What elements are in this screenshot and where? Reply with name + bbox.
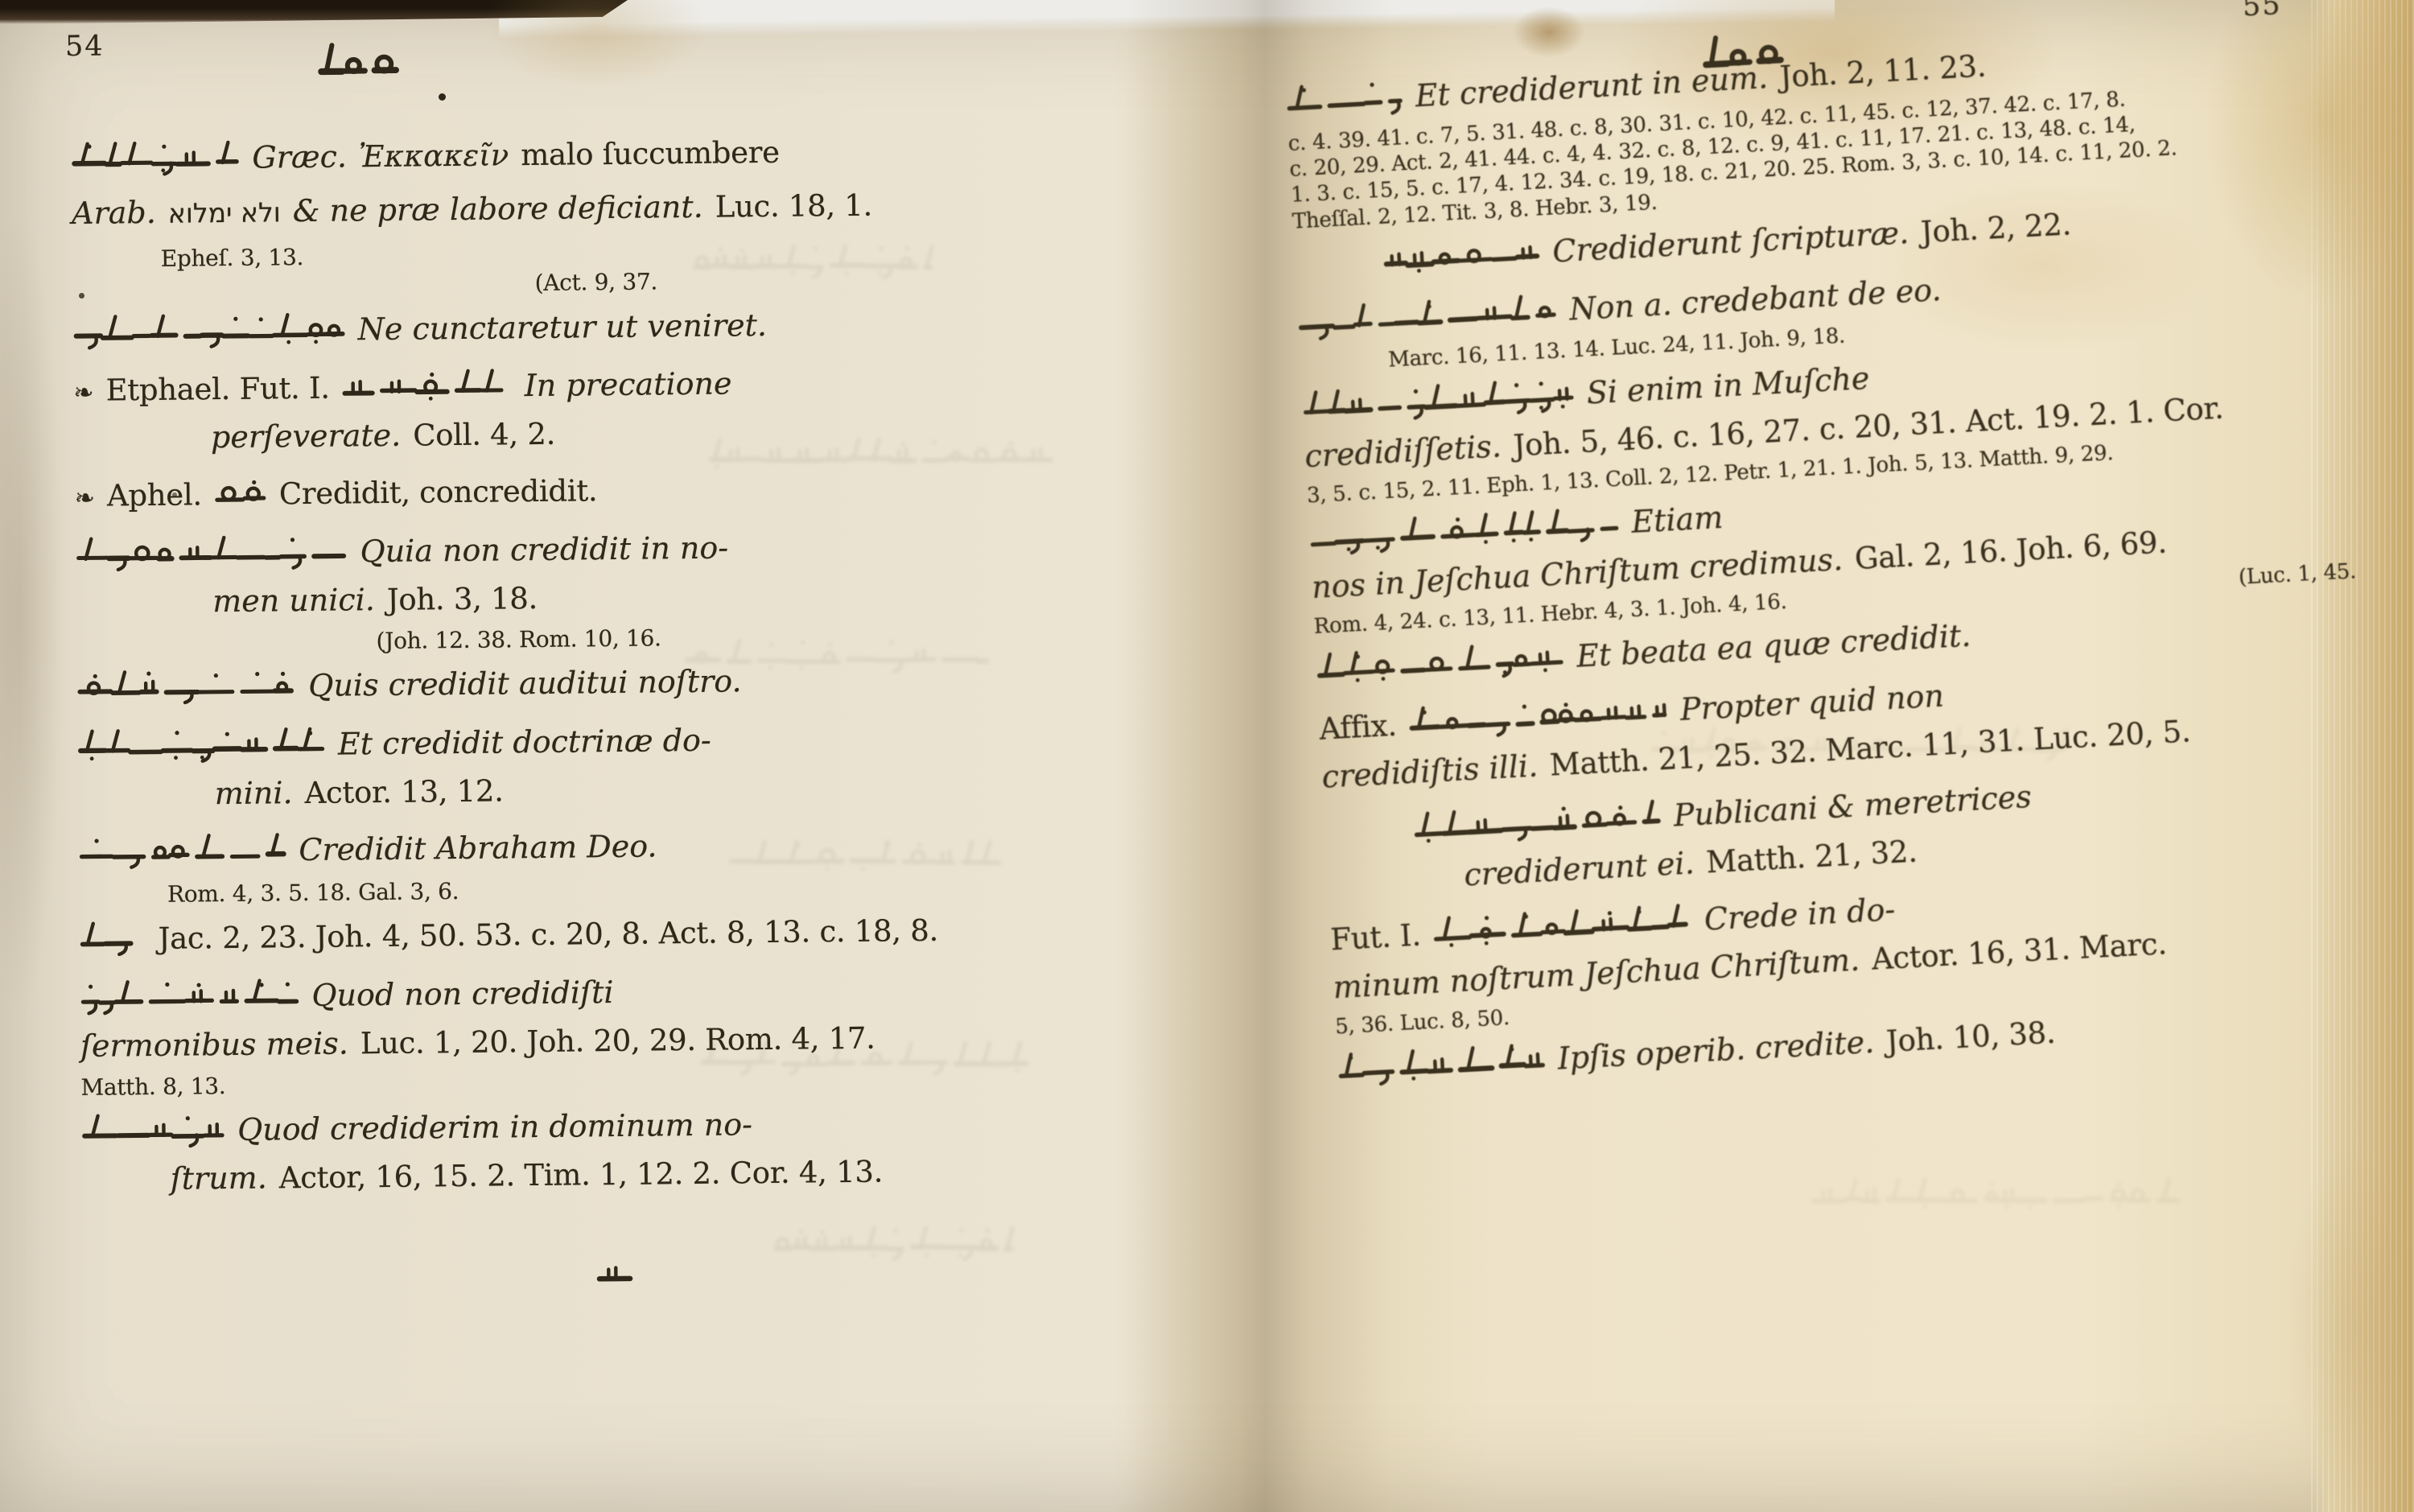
latin-italic-text: Credidit Abraham Deo. (299, 828, 657, 867)
syriac-text (1337, 1039, 1547, 1097)
reference-text: Joh. 2, 22. (1920, 207, 2072, 249)
latin-italic-text: Non a. credebant de eo. (1568, 272, 1942, 328)
latin-italic-text: Quis credidit auditui noſtro. (308, 664, 742, 704)
left-header-glyph (318, 39, 400, 94)
reference-text: Etphael. Fut. I. (105, 371, 330, 408)
latin-italic-text: crediderunt ei. (1463, 845, 1695, 892)
text-line: ❧Etphael. Fut. I.In precatione (73, 365, 671, 418)
text-line: Credidit Abraham Deo. (78, 826, 676, 879)
reference-text: Matth. 21, 32. (1705, 834, 1918, 880)
syriac-text (71, 138, 241, 186)
latin-italic-text: credidiſſetis. (1304, 428, 1502, 474)
hebrew-text: ולא ימלוא (168, 196, 281, 229)
latin-italic-text: Græc. (252, 138, 347, 175)
syriac-text (1315, 637, 1566, 697)
syriac-text (79, 918, 146, 966)
latin-italic-text: perſeverate. (211, 418, 402, 455)
syriac-text (1301, 373, 1576, 435)
text-line: ſermonibus meis.Luc. 1, 20. Joh. 20, 29.… (80, 1024, 678, 1071)
latin-italic-text: Arab. (72, 195, 156, 231)
latin-italic-text: Quod crediderim in dominum no- (237, 1107, 752, 1148)
left-page: 54 Græc.Ἐκκακεῖνmalo ſuccumbereArab.ולא … (71, 121, 679, 1205)
text-line: men unici.Joh. 3, 18. (212, 581, 673, 626)
syriac-text (78, 830, 287, 879)
text-line: Græc.Ἐκκακεῖνmalo ſuccumbere (71, 133, 669, 186)
text-line: Et credidit doctrinæ do- (77, 720, 675, 773)
right-page: 55 Et crediderunt in eum.Joh. 2, 11. 23.… (1284, 14, 2393, 1097)
syriac-text (1285, 76, 1405, 130)
reference-text: malo ſuccumbere (521, 135, 780, 172)
latin-italic-text: credidiſtis illi. (1321, 748, 1539, 794)
ghost-showthrough (692, 241, 933, 285)
latin-italic-text: & ne præ labore deficiant. (292, 189, 702, 229)
syriac-text (76, 665, 297, 715)
reference-text: (Luc. 1, 45. (2238, 561, 2356, 589)
ghost-showthrough (772, 1223, 1014, 1267)
syriac-text (80, 975, 300, 1024)
latin-italic-text: Si enim in Muſche (1586, 360, 1871, 411)
latin-italic-text: Crediderunt ſcripturæ. (1551, 215, 1909, 270)
syriac-text (81, 1110, 226, 1158)
fleuron-mark: ❧ (73, 379, 94, 407)
text-line: Ne cunctaretur ut veniret. (72, 306, 670, 359)
text-line: perſeverate.Coll. 4, 2. (211, 418, 671, 463)
latin-italic-text: Et beata ea quæ credidit. (1576, 618, 1971, 674)
syriac-text (75, 532, 348, 581)
reference-text: Luc. 1, 20. Joh. 20, 29. Rom. 4, 17. (360, 1021, 875, 1061)
reference-text: Matth. 8, 13. (80, 1073, 225, 1101)
syriac-text (72, 309, 346, 358)
syriac-text (341, 366, 513, 414)
syriac-text (214, 474, 268, 521)
latin-italic-text: Ipſis operib. credite. (1557, 1024, 1876, 1077)
reference-text: Affix. (1318, 708, 1397, 747)
greek-text: Ἐκκακεῖν (359, 138, 509, 174)
latin-italic-text: ſermonibus meis. (80, 1025, 348, 1063)
ghost-showthrough (728, 837, 1002, 880)
syriac-text (1407, 690, 1670, 751)
latin-italic-text: Etiam (1630, 500, 1724, 540)
reference-text: Rom. 4, 3. 5. 18. Gal. 3, 6. (167, 878, 459, 908)
text-line: Quod crediderim in dominum no- (81, 1106, 679, 1159)
text-line: (Joh. 12. 38. Rom. 10, 16. (76, 626, 674, 656)
text-line: Quis credidit auditui noſtro. (76, 662, 674, 715)
text-line: mini.Actor. 13, 12. (214, 773, 674, 818)
text-line: Quod non credidiſti (80, 971, 678, 1024)
latin-italic-text: Quod non credidiſti (311, 974, 614, 1013)
latin-italic-text: Crede in do- (1703, 892, 1896, 937)
latin-italic-text: Publicani & meretrices (1673, 779, 2033, 834)
reference-text: Joh. 10, 38. (1885, 1016, 2056, 1059)
syriac-text (1412, 796, 1663, 855)
ghost-showthrough (708, 435, 1054, 478)
reference-text: Epheſ. 3, 13. (161, 244, 304, 272)
text-line: Epheſ. 3, 13. (161, 241, 669, 270)
latin-italic-text: In precatione (524, 366, 731, 404)
text-line: Quia non credidit in no- (75, 528, 673, 581)
text-line: Jac. 2, 23. Joh. 4, 50. 53. c. 20, 8. Ac… (79, 913, 677, 966)
stain (0, 209, 64, 1014)
latin-italic-text: Quia non credidit in no- (360, 530, 728, 570)
syriac-text (1432, 900, 1694, 960)
latin-italic-text: men unici. (212, 582, 375, 619)
catchword (596, 1255, 636, 1296)
latin-italic-text: mini. (214, 775, 292, 811)
ink-speck (439, 93, 446, 101)
reference-text: Joh. 2, 11. 23. (1779, 49, 1987, 95)
ghost-showthrough (1810, 1175, 2181, 1218)
text-line: ❧Aphel.Credidit, concredidit. (75, 470, 673, 523)
book-photo: 54 Græc.Ἐκκακεῖνmalo ſuccumbereArab.ולא … (0, 0, 2414, 1512)
reference-text: Joh. 3, 18. (387, 581, 538, 617)
latin-italic-text: Propter quid non (1679, 678, 1945, 727)
latin-italic-text: Et credidit doctrinæ do- (338, 723, 711, 762)
reference-text: Coll. 4, 2. (413, 417, 555, 453)
reference-text: (Act. 9, 37. (534, 269, 657, 297)
left-page-text: Græc.Ἐκκακεῖνmalo ſuccumbereArab.ולא ימל… (71, 133, 679, 1205)
latin-italic-text: Ne cunctaretur ut veniret. (357, 307, 767, 347)
right-page-text: Et crediderunt in eum.Joh. 2, 11. 23.c. … (1285, 27, 2393, 1097)
right-page-number: 55 (2242, 0, 2283, 23)
latin-italic-text: ſtrum. (170, 1160, 267, 1197)
reference-text: Luc. 18, 1. (715, 187, 872, 224)
right-header-glyph (1701, 28, 1785, 87)
text-line: Rom. 4, 3. 5. 18. Gal. 3, 6. (167, 877, 676, 906)
syriac-text (77, 724, 327, 773)
left-page-number: 54 (65, 31, 105, 64)
syriac-text (1382, 232, 1542, 286)
text-line: (Act. 9, 37. (72, 270, 669, 299)
text-line: Arab.ולא ימלוא& ne præ labore deficiant.… (72, 192, 669, 243)
fleuron-mark: ❧ (75, 484, 96, 513)
reference-text: Aphel. (107, 478, 202, 513)
reference-text: Fut. I. (1329, 917, 1421, 957)
reference-text: Credidit, concredidit. (279, 473, 598, 511)
reference-text: Actor. 13, 12. (304, 773, 503, 810)
text-line: ſtrum.Actor, 16, 15. 2. Tim. 1, 12. 2. C… (170, 1158, 678, 1204)
reference-text: Jac. 2, 23. Joh. 4, 50. 53. c. 20, 8. Ac… (158, 913, 938, 956)
reference-text: Actor, 16, 15. 2. Tim. 1, 12. 2. Cor. 4,… (279, 1155, 884, 1196)
reference-text: (Joh. 12. 38. Rom. 10, 16. (376, 624, 661, 654)
text-line: Matth. 8, 13. (80, 1069, 678, 1099)
